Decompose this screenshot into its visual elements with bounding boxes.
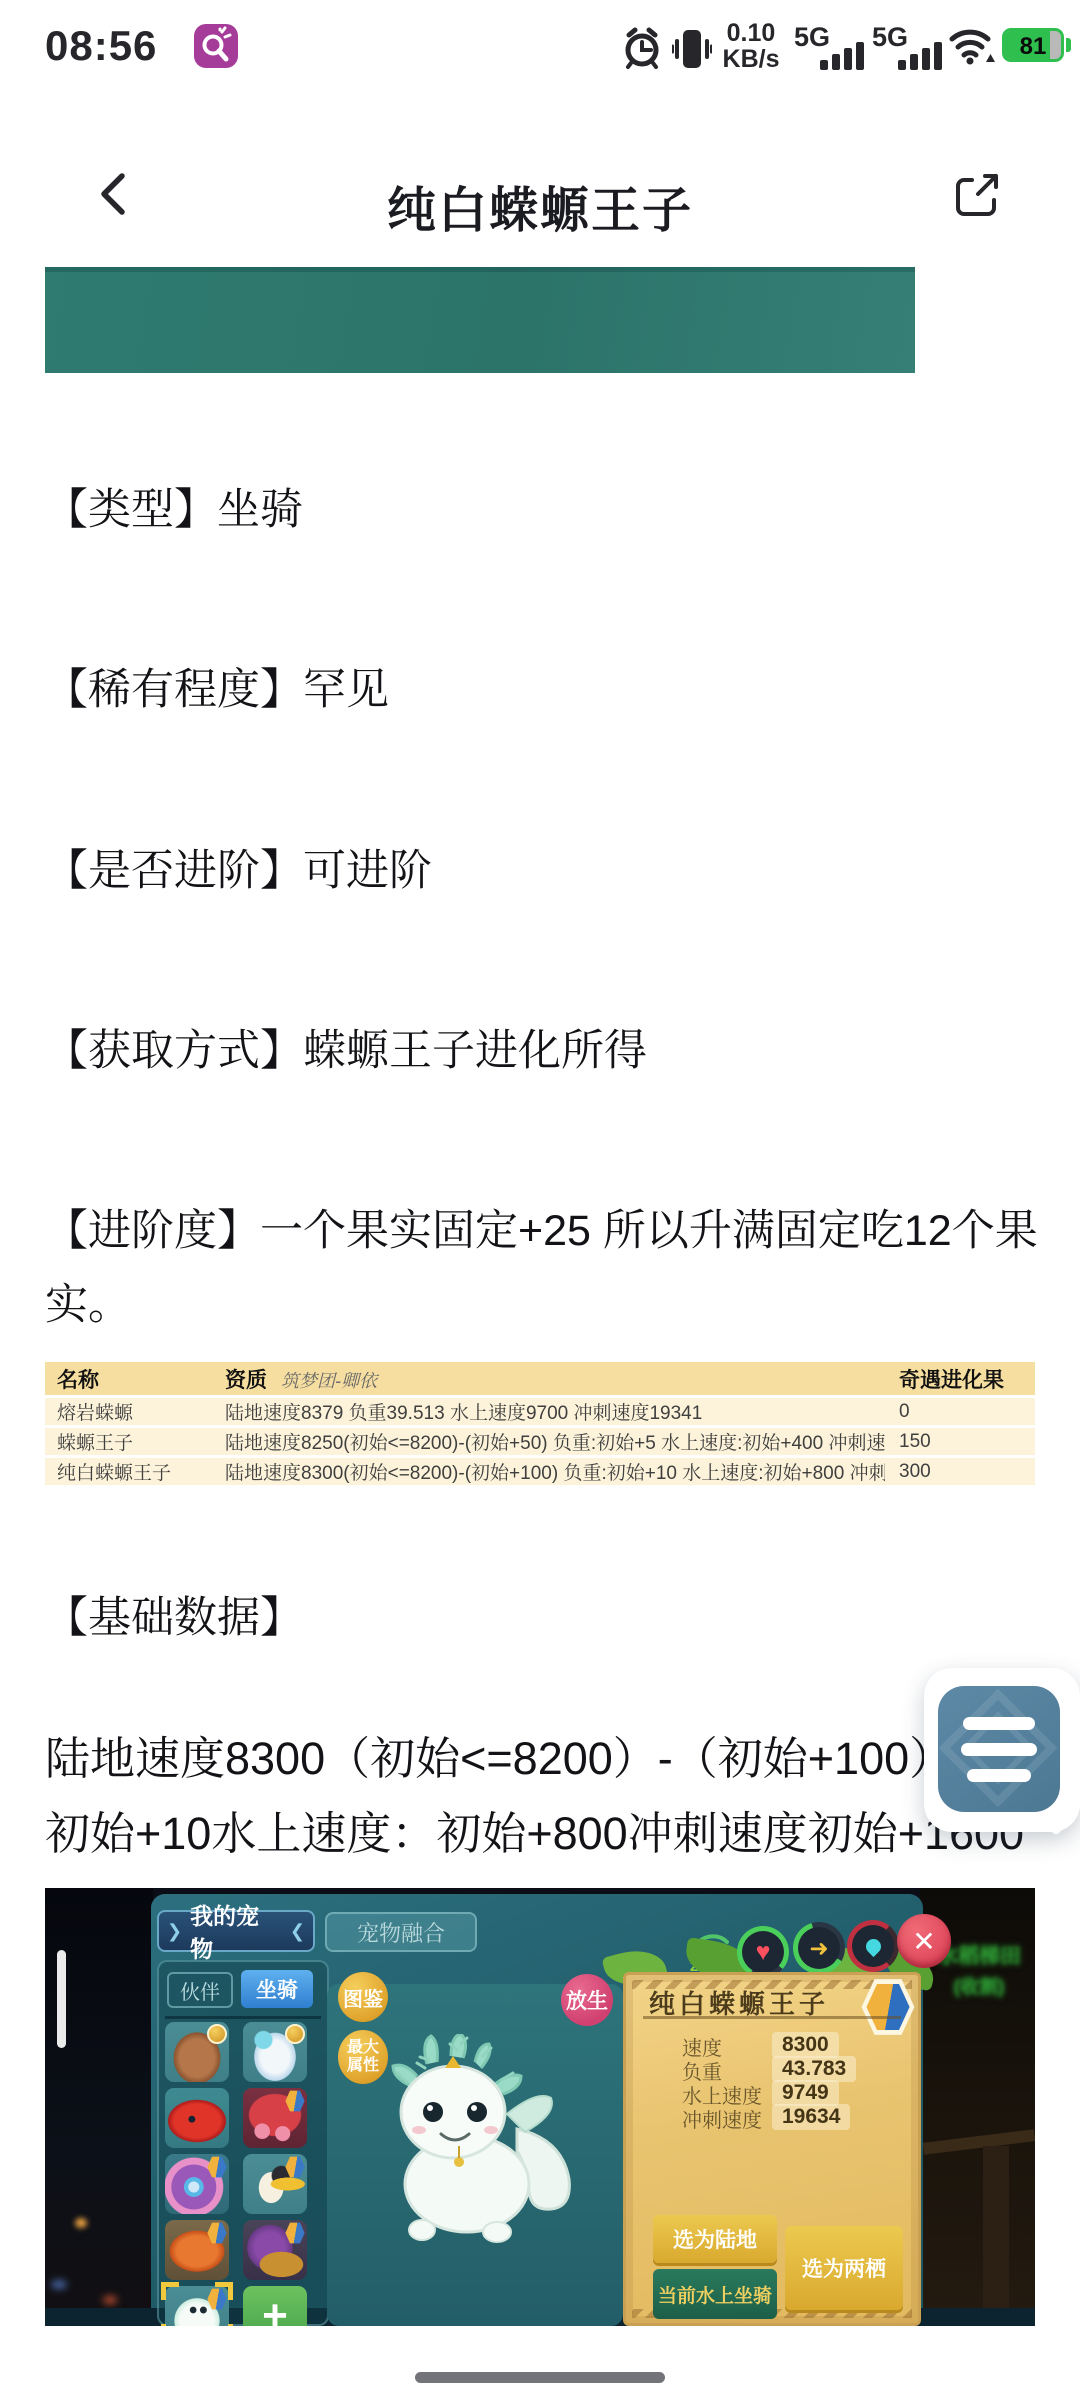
pet-thumb-festive <box>243 2088 307 2148</box>
table-header-row: 名称 资质筑梦团-卿依 奇遇进化果 <box>45 1362 1035 1395</box>
row-fruit: 150 <box>885 1431 1035 1453</box>
hex-badge-icon <box>285 2222 305 2244</box>
battery-indicator: 81 <box>1002 28 1064 62</box>
release-button: 放生 <box>561 1974 613 2026</box>
row-name: 纯白蝾螈王子 <box>45 1458 225 1485</box>
signal-sim1: 5G <box>794 24 864 70</box>
network-speed-unit: KB/s <box>714 46 788 72</box>
pet-thumb-toucan <box>243 2154 307 2214</box>
current-water-mount-button: 当前水上坐骑 <box>653 2269 777 2319</box>
hamburger-menu-icon[interactable] <box>938 1686 1060 1812</box>
sim1-bars-icon <box>820 42 864 70</box>
close-icon: ✕ <box>897 1914 951 1968</box>
add-pet-tile: + <box>243 2286 307 2326</box>
pet-thumb-crab <box>165 2220 229 2280</box>
clock-time: 08:56 <box>45 22 157 70</box>
screen: 08:56 0.10 KB/s 5G 5G 81 <box>0 0 1080 2400</box>
gold-badge-icon <box>285 2024 305 2044</box>
battery-nub <box>1066 38 1071 52</box>
hex-badge-icon <box>207 2222 227 2244</box>
signal-sim2: 5G <box>872 24 942 70</box>
table-header-aptitude: 资质筑梦团-卿依 <box>225 1364 885 1394</box>
row-aptitude: 陆地速度8250(初始<=8200)-(初始+50) 负重:初始+5 水上速度:… <box>225 1428 885 1455</box>
world-object-sublabel: (收割) <box>925 1972 1033 1999</box>
vibrate-icon <box>672 28 712 70</box>
table-header-fruit: 奇遇进化果 <box>885 1364 1035 1394</box>
aptitude-table: 名称 资质筑梦团-卿依 奇遇进化果 熔岩蝾螈 陆地速度8379 负重39.513… <box>45 1362 1035 1485</box>
table-row: 熔岩蝾螈 陆地速度8379 负重39.513 水上速度9700 冲刺速度1934… <box>45 1398 1035 1425</box>
row-aptitude: 陆地速度8300(初始<=8200)-(初始+100) 负重:初始+10 水上速… <box>225 1458 885 1485</box>
alarm-icon <box>622 26 662 70</box>
row-name: 熔岩蝾螈 <box>45 1398 225 1425</box>
table-header-name: 名称 <box>45 1364 225 1394</box>
sim2-bars-icon <box>898 42 942 70</box>
muted-bell-icon <box>194 24 238 68</box>
axolotl-model <box>367 2034 587 2264</box>
network-speed: 0.10 KB/s <box>714 20 788 72</box>
select-amphibious-mount-button: 选为两栖 <box>785 2226 903 2310</box>
basic-data-line1: 陆地速度8300（初始<=8200）-（初始+100）负重： <box>45 1722 1055 1787</box>
hex-badge-icon <box>207 2156 227 2178</box>
atlas-button: 图鉴 <box>338 1972 388 2022</box>
stat-value: 43.783 <box>772 2056 856 2082</box>
aptitude-header-note: 筑梦团-卿依 <box>281 1371 377 1391</box>
table-row: 蝾螈王子 陆地速度8250(初始<=8200)-(初始+50) 负重:初始+5 … <box>45 1428 1035 1455</box>
toggle-partner: 伙伴 <box>167 1972 233 2008</box>
info-advance: 【是否进阶】可进阶 <box>45 834 1045 908</box>
brightness-slider-bar <box>57 1950 66 2048</box>
row-aptitude: 陆地速度8379 负重39.513 水上速度9700 冲刺速度19341 <box>225 1398 885 1425</box>
table-row: 纯白蝾螈王子 陆地速度8300(初始<=8200)-(初始+100) 负重:初始… <box>45 1458 1035 1485</box>
info-rarity: 【稀有程度】罕见 <box>45 653 1045 727</box>
info-progress: 【进阶度】一个果实固定+25 所以升满固定吃12个果实。 <box>45 1194 1045 1342</box>
toggle-mount: 坐骑 <box>241 1970 313 2008</box>
row-fruit: 300 <box>885 1461 1035 1483</box>
tab-pet-fusion: 宠物融合 <box>325 1912 477 1952</box>
basic-data-heading: 【基础数据】 <box>45 1584 303 1645</box>
stat-value: 19634 <box>772 2104 850 2130</box>
pet-health-icon: ♥ <box>737 1926 789 1978</box>
wifi-icon <box>948 26 996 66</box>
game-screenshot[interactable]: 水稻梯田 (收割) ❯我的宠物❮ 宠物融合 26ms ♥ ➜ ✕ 伙伴 坐骑 + <box>45 1888 1035 2326</box>
stat-value: 8300 <box>772 2032 839 2058</box>
article-banner-image[interactable] <box>45 267 915 373</box>
selection-brackets <box>161 2282 233 2326</box>
home-indicator[interactable] <box>415 2372 665 2383</box>
pet-swap-icon: ➜ <box>793 1922 845 1974</box>
pet-thumb-deer <box>165 2022 229 2082</box>
select-land-mount-button: 选为陆地 <box>653 2215 777 2263</box>
hex-badge-icon <box>285 2090 305 2112</box>
pet-thumb-horse <box>243 2022 307 2082</box>
network-speed-value: 0.10 <box>714 20 788 46</box>
page-title: 纯白蝾螈王子 <box>0 172 1080 242</box>
share-icon[interactable] <box>950 168 1004 222</box>
tab-my-pets: ❯我的宠物❮ <box>157 1910 315 1952</box>
hex-badge-icon <box>285 2156 305 2178</box>
gold-badge-icon <box>207 2024 227 2044</box>
pet-thumb-shell <box>165 2154 229 2214</box>
info-obtain: 【获取方式】蝾螈王子进化所得 <box>45 1014 1045 1088</box>
row-name: 蝾螈王子 <box>45 1428 225 1455</box>
notification-app-icon <box>194 24 238 68</box>
pet-water-icon <box>847 1920 899 1972</box>
info-type: 【类型】坐骑 <box>45 473 1045 547</box>
floating-menu-button[interactable] <box>924 1668 1080 1832</box>
pet-thumb-fish <box>165 2088 229 2148</box>
pet-thumb-snail <box>243 2220 307 2280</box>
aptitude-header-label: 资质 <box>225 1369 267 1392</box>
row-fruit: 0 <box>885 1401 1035 1423</box>
battery-percent: 81 <box>1005 33 1061 61</box>
stat-value: 9749 <box>772 2080 839 2106</box>
basic-data-line2: 初始+10水上速度：初始+800冲刺速度初始+1600 <box>45 1797 1055 1862</box>
